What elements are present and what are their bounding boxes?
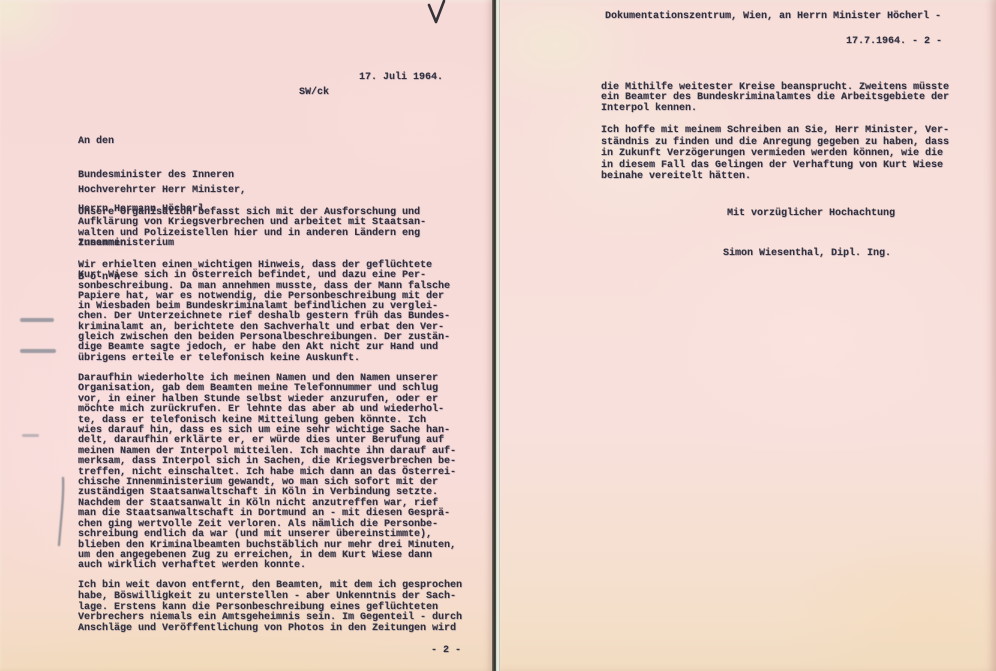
document-scan: 17. Juli 1964. SW/ck An den Bundesminist…	[0, 0, 996, 671]
body-paragraph: Wir erhielten einen wichtigen Hinweis, d…	[78, 261, 450, 364]
pencil-mark	[20, 349, 56, 353]
salutation: Hochverehrter Herr Minister,	[78, 185, 246, 196]
closing-formula: Mit vorzüglicher Hochachtung	[727, 208, 895, 219]
typist-reference: SW/ck	[299, 87, 329, 98]
body-paragraph: Daraufhin wiederholte ich meinen Namen u…	[78, 374, 456, 572]
body-paragraph: die Mithilfe weitester Kreise beanspruch…	[601, 83, 949, 114]
body-paragraph: Ich hoffe mit meinem Schreiben an Sie, H…	[601, 125, 949, 183]
checkmark-icon	[427, 0, 449, 30]
body-paragraph: Unsere Organisation befasst sich mit der…	[78, 208, 426, 250]
continuation-header: Dokumentationszentrum, Wien, an Herrn Mi…	[605, 11, 941, 22]
recipient-address-line: Bundesminister des Inneren	[78, 170, 234, 181]
page-gap-divider	[492, 0, 500, 671]
body-paragraph: Ich bin weit davon entfernt, den Beamten…	[78, 581, 462, 635]
page-number: - 2 -	[431, 645, 461, 656]
continuation-header-date: 17.7.1964. - 2 -	[846, 36, 942, 47]
signature: Simon Wiesenthal, Dipl. Ing.	[723, 248, 891, 259]
pencil-mark	[22, 434, 39, 437]
pencil-mark	[54, 476, 68, 553]
letter-date: 17. Juli 1964.	[359, 72, 443, 83]
pencil-mark	[20, 318, 54, 322]
recipient-address-line: An den	[78, 136, 234, 147]
